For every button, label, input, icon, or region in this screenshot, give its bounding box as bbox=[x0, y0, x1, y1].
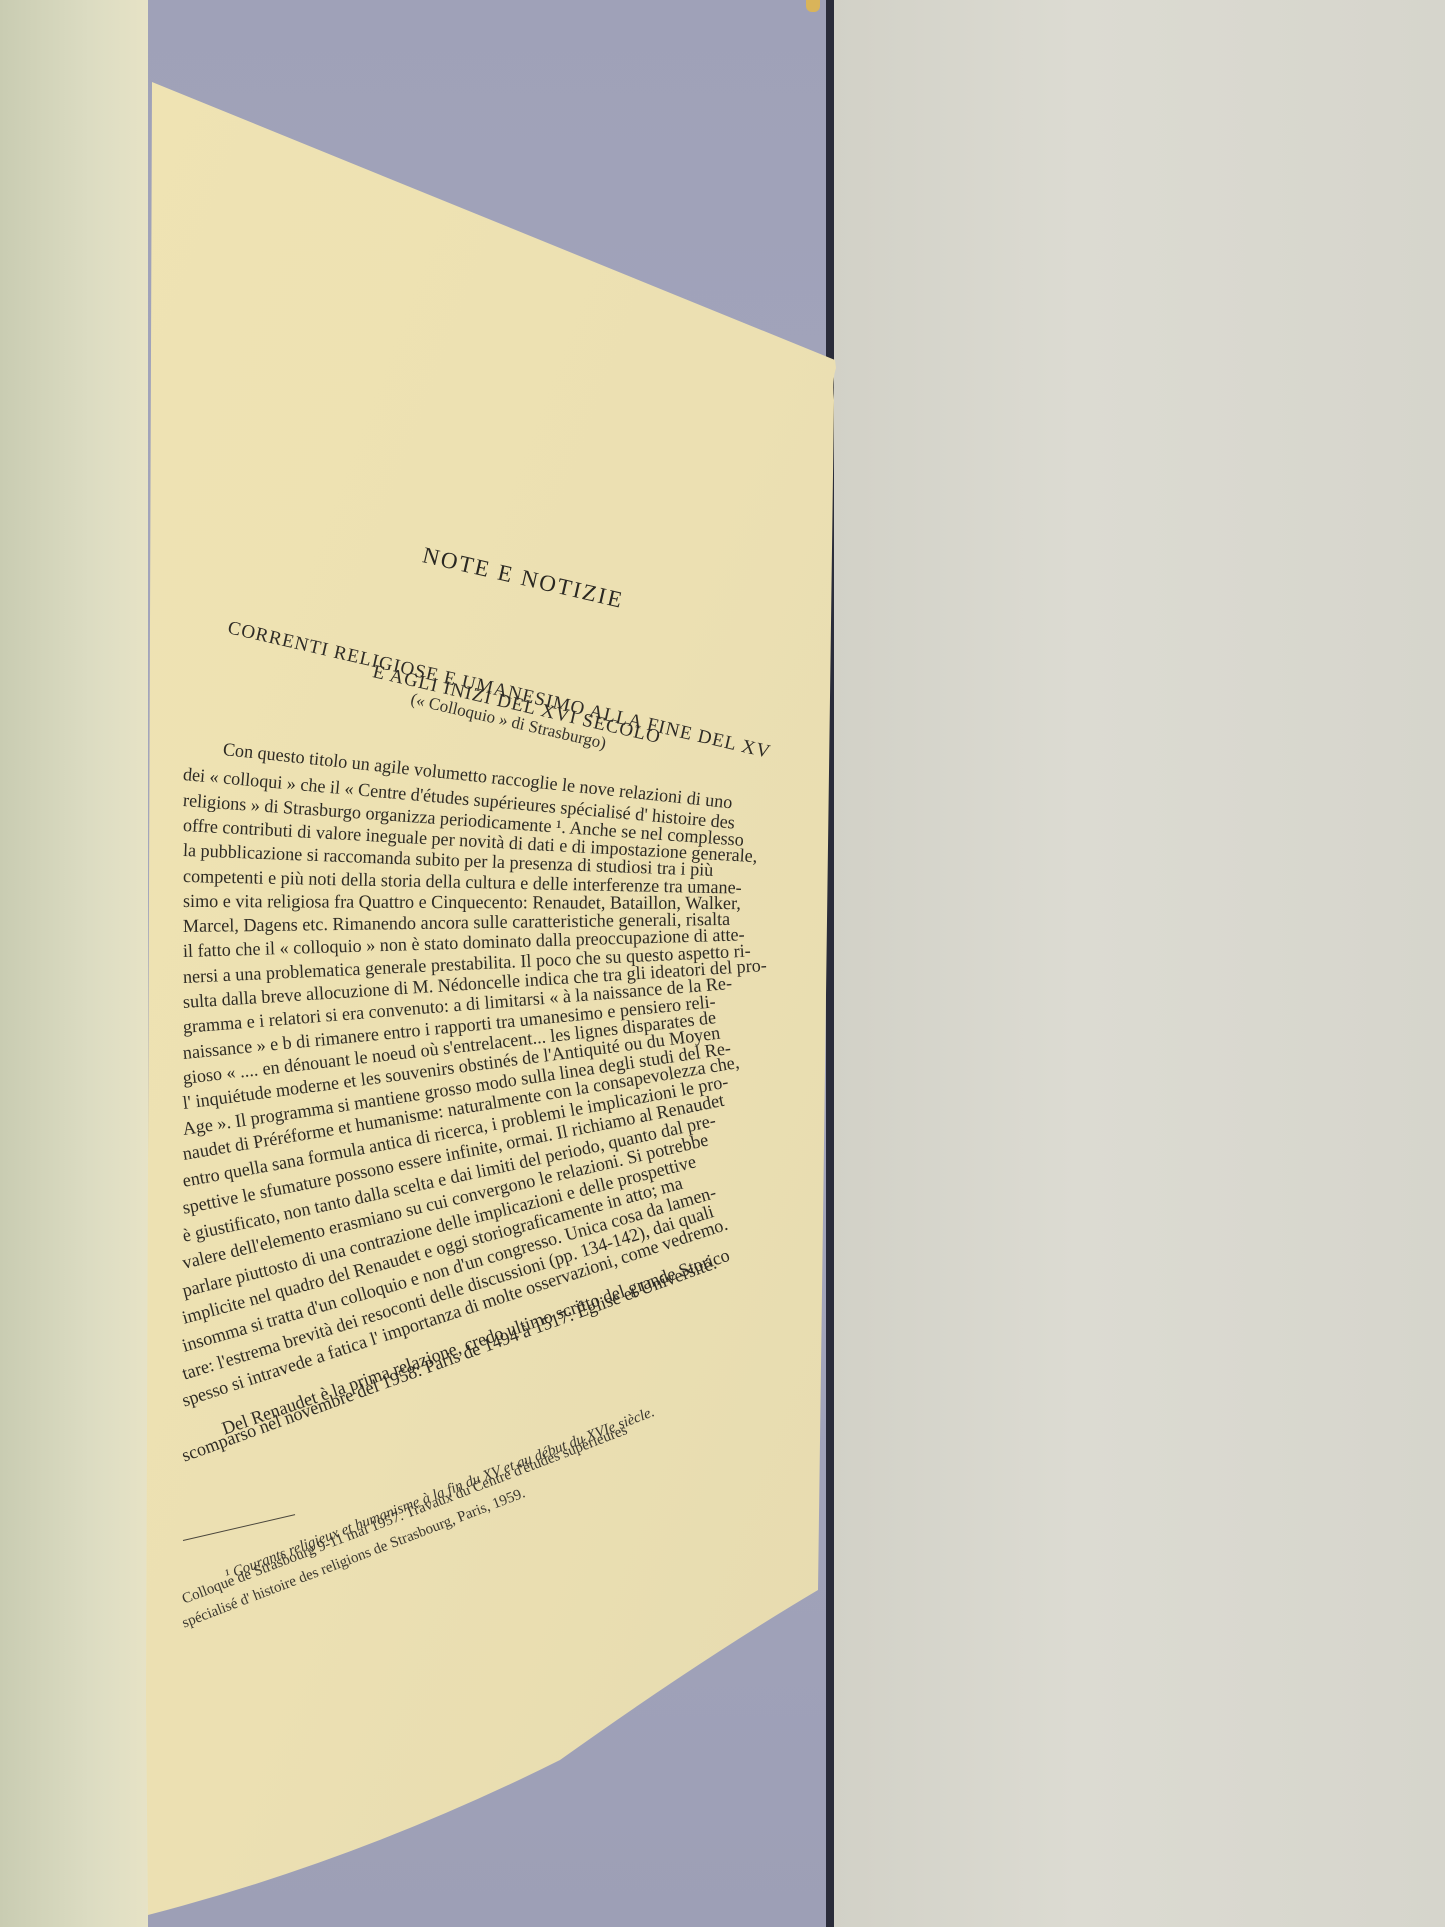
paper-sheet bbox=[0, 0, 1445, 1927]
